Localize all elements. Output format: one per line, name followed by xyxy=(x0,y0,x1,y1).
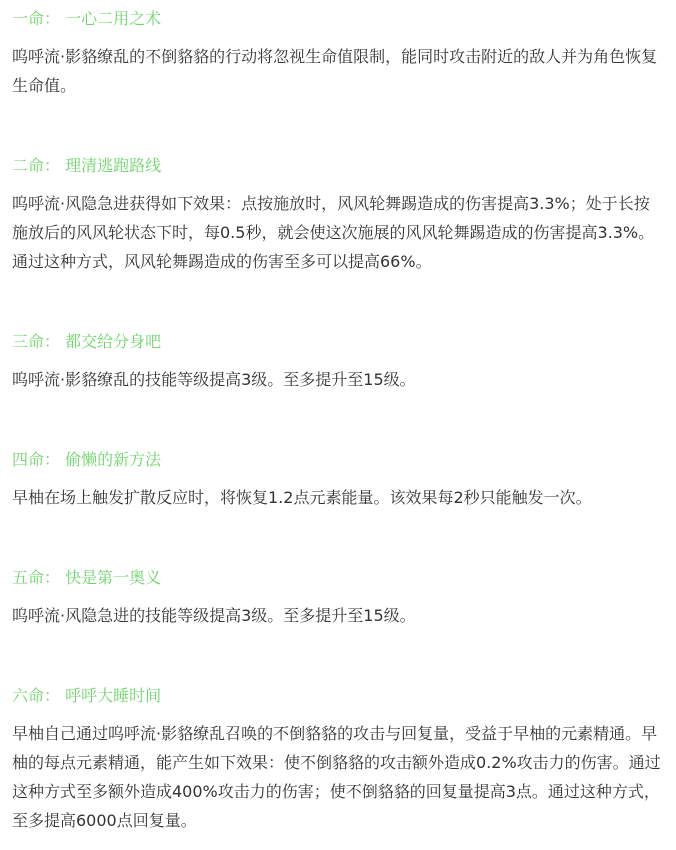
constellation-4-title: 四命： 偷懒的新方法 xyxy=(12,446,662,474)
constellation-1-title: 一命： 一心二用之术 xyxy=(12,5,662,33)
constellation-section-4: 四命： 偷懒的新方法 早柚在场上触发扩散反应时，将恢复1.2点元素能量。该效果每… xyxy=(12,446,662,512)
constellation-section-2: 二命： 理清逃跑路线 呜呼流·风隐急进获得如下效果：点按施放时，风风轮舞踢造成的… xyxy=(12,152,662,276)
constellation-5-description: 呜呼流·风隐急进的技能等级提高3级。至多提升至15级。 xyxy=(12,601,662,630)
constellation-6-title: 六命： 呼呼大睡时间 xyxy=(12,682,662,710)
constellation-1-description: 呜呼流·影貉缭乱的不倒貉貉的行动将忽视生命值限制，能同时攻击附近的敌人并为角色恢… xyxy=(12,42,662,100)
constellation-3-description: 呜呼流·影貉缭乱的技能等级提高3级。至多提升至15级。 xyxy=(12,365,662,394)
constellation-section-6: 六命： 呼呼大睡时间 早柚自己通过呜呼流·影貉缭乱召唤的不倒貉貉的攻击与回复量，… xyxy=(12,682,662,835)
constellation-4-description: 早柚在场上触发扩散反应时，将恢复1.2点元素能量。该效果每2秒只能触发一次。 xyxy=(12,483,662,512)
constellation-6-description: 早柚自己通过呜呼流·影貉缭乱召唤的不倒貉貉的攻击与回复量，受益于早柚的元素精通。… xyxy=(12,719,662,835)
constellation-article: 一命： 一心二用之术 呜呼流·影貉缭乱的不倒貉貉的行动将忽视生命值限制，能同时攻… xyxy=(0,0,676,850)
constellation-section-5: 五命： 快是第一奥义 呜呼流·风隐急进的技能等级提高3级。至多提升至15级。 xyxy=(12,564,662,630)
constellation-5-title: 五命： 快是第一奥义 xyxy=(12,564,662,592)
constellation-section-3: 三命： 都交给分身吧 呜呼流·影貉缭乱的技能等级提高3级。至多提升至15级。 xyxy=(12,328,662,394)
constellation-3-title: 三命： 都交给分身吧 xyxy=(12,328,662,356)
constellation-2-title: 二命： 理清逃跑路线 xyxy=(12,152,662,180)
constellation-section-1: 一命： 一心二用之术 呜呼流·影貉缭乱的不倒貉貉的行动将忽视生命值限制，能同时攻… xyxy=(12,5,662,100)
constellation-2-description: 呜呼流·风隐急进获得如下效果：点按施放时，风风轮舞踢造成的伤害提高3.3%；处于… xyxy=(12,189,662,276)
